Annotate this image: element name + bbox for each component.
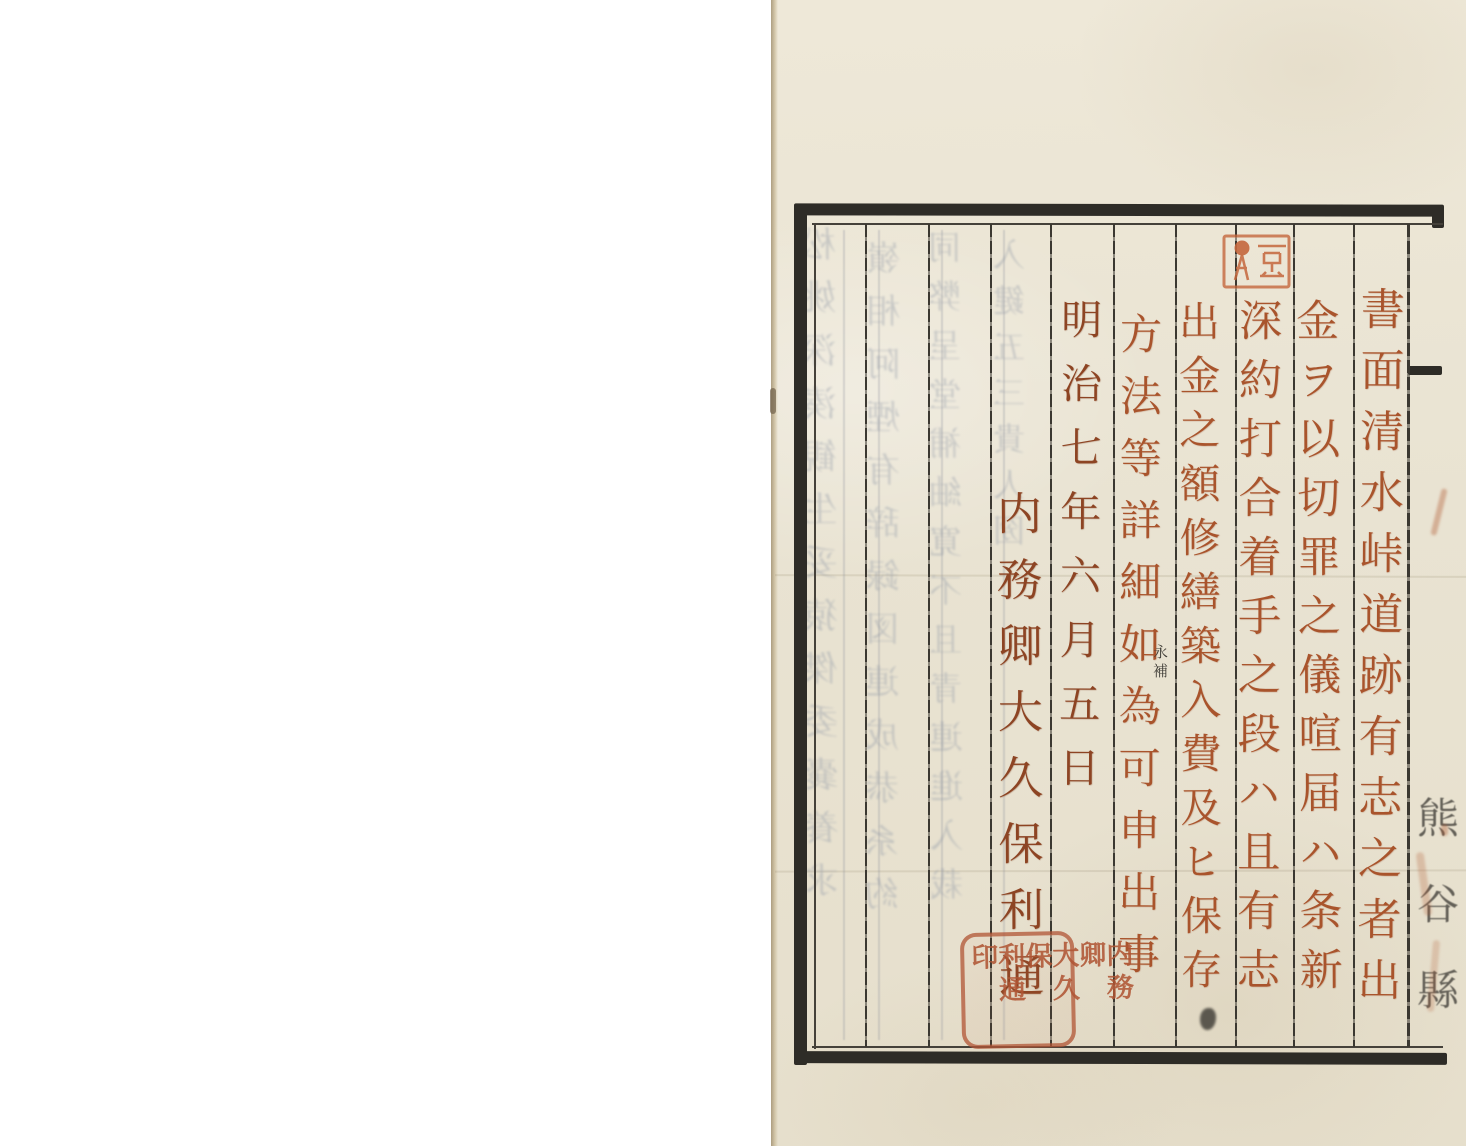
- column-rule: [928, 224, 930, 1047]
- seal-column-text: 大久保: [1022, 941, 1078, 1038]
- frame-left-border: [794, 204, 807, 1065]
- inner-bottom-line: [812, 1046, 1443, 1048]
- showthrough-column: 同弊呈堂補紬寛不且青連進入栽: [930, 230, 965, 916]
- ghost-rule: [941, 230, 943, 1040]
- seal-column-text: 利通印: [968, 942, 1024, 1039]
- paper-left-edge: [771, 0, 778, 1146]
- signature-seal: 内務卿 大久保 利通印: [960, 931, 1076, 1049]
- inner-top-line: [812, 223, 1443, 225]
- ghost-rule: [843, 230, 845, 1040]
- scanned-document-screenshot: 松姚深湊観生妥猿傑委嚢養求 嶺相阿煙有辞録図連成恭糸約 同弊呈堂補紬寛不且青連進…: [0, 0, 1466, 1146]
- frame-right-tick: [1408, 366, 1442, 375]
- showthrough-column: 嶺相阿煙有辞録図連成恭糸約: [868, 240, 904, 929]
- main-text-column-1: 書面清水峠道跡有志之者出: [1352, 286, 1400, 1018]
- scanner-background: [0, 0, 771, 1146]
- main-text-column-4: 出金之額修繕築入費及ヒ保存: [1175, 300, 1218, 1002]
- header-seal-icon: [1221, 233, 1293, 295]
- main-text-column-3: 深約打合着手之段ハ且有志: [1233, 298, 1278, 1006]
- main-text-column-2: 金ヲ以切罪之儀喧届ハ条新: [1292, 298, 1339, 1006]
- seal-column-text: 内務卿: [1076, 940, 1132, 1037]
- interlinear-note: 永補: [1152, 644, 1167, 682]
- date-column: 明治七年六月五日: [1055, 298, 1099, 810]
- column-rule: [865, 224, 867, 1047]
- frame-bottom-border: [799, 1051, 1447, 1065]
- ghost-rule: [878, 230, 880, 1040]
- margin-label: 熊谷縣: [1414, 796, 1456, 1054]
- showthrough-column: 松姚深湊観生妥猿傑委嚢養求: [804, 226, 843, 915]
- inner-left-line: [814, 223, 816, 1049]
- paper-edge-notch: [770, 388, 776, 414]
- frame-top-border: [794, 203, 1444, 216]
- column-rule: [1407, 224, 1410, 1047]
- red-bleed-mark: [1441, 824, 1448, 836]
